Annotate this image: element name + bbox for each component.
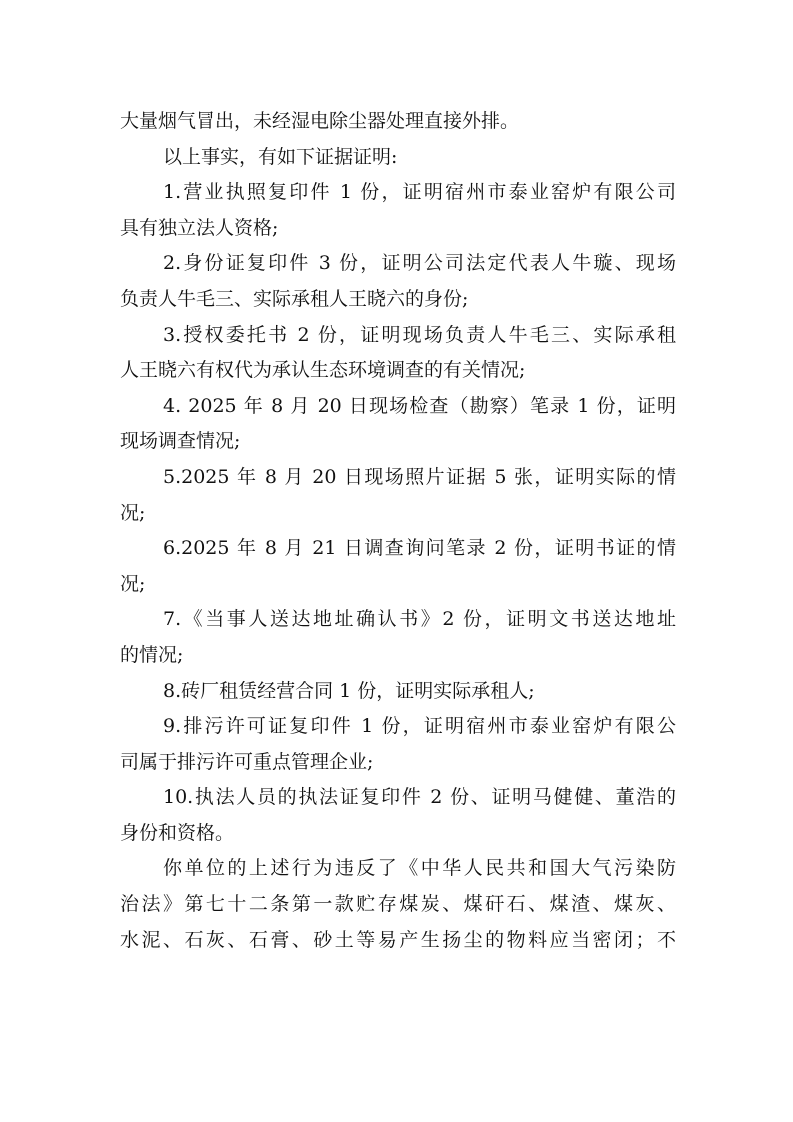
evidence-item-4: 4. 2025 年 8 月 20 日现场检查（勘察）笔录 1 份，证明 [120,389,676,425]
paragraph-line: 治法》第七十二条第一款贮存煤炭、煤矸石、煤渣、煤灰、 [120,887,676,923]
evidence-item-9: 9.排污许可证复印件 1 份，证明宿州市泰业窑炉有限公 [120,709,676,745]
paragraph-line: 大量烟气冒出，未经湿电除尘器处理直接外排。 [120,104,676,140]
paragraph-line: 负责人牛毛三、实际承租人王晓六的身份; [120,282,676,318]
paragraph-line: 以上事实，有如下证据证明: [120,140,676,176]
document-page: 大量烟气冒出，未经湿电除尘器处理直接外排。 以上事实，有如下证据证明: 1.营业… [0,0,793,1122]
evidence-item-7: 7.《当事人送达地址确认书》2 份，证明文书送达地址 [120,602,676,638]
evidence-item-6: 6.2025 年 8 月 21 日调查询问笔录 2 份，证明书证的情 [120,531,676,567]
paragraph-line: 水泥、石灰、石膏、砂土等易产生扬尘的物料应当密闭；不 [120,923,676,959]
paragraph-line: 具有独立法人资格; [120,211,676,247]
evidence-item-3: 3.授权委托书 2 份，证明现场负责人牛毛三、实际承租 [120,318,676,354]
evidence-item-5: 5.2025 年 8 月 20 日现场照片证据 5 张，证明实际的情 [120,460,676,496]
violation-paragraph: 你单位的上述行为违反了《中华人民共和国大气污染防 [120,851,676,887]
evidence-item-10: 10.执法人员的执法证复印件 2 份、证明马健健、董浩的 [120,780,676,816]
document-body: 大量烟气冒出，未经湿电除尘器处理直接外排。 以上事实，有如下证据证明: 1.营业… [120,104,676,958]
paragraph-line: 况; [120,496,676,532]
evidence-item-1: 1.营业执照复印件 1 份，证明宿州市泰业窑炉有限公司 [120,175,676,211]
evidence-item-2: 2.身份证复印件 3 份，证明公司法定代表人牛璇、现场 [120,246,676,282]
paragraph-line: 的情况; [120,638,676,674]
paragraph-line: 人王晓六有权代为承认生态环境调查的有关情况; [120,353,676,389]
paragraph-line: 现场调查情况; [120,424,676,460]
paragraph-line: 身份和资格。 [120,816,676,852]
evidence-item-8: 8.砖厂租赁经营合同 1 份，证明实际承租人; [120,674,676,710]
paragraph-line: 司属于排污许可重点管理企业; [120,745,676,781]
paragraph-line: 况; [120,567,676,603]
